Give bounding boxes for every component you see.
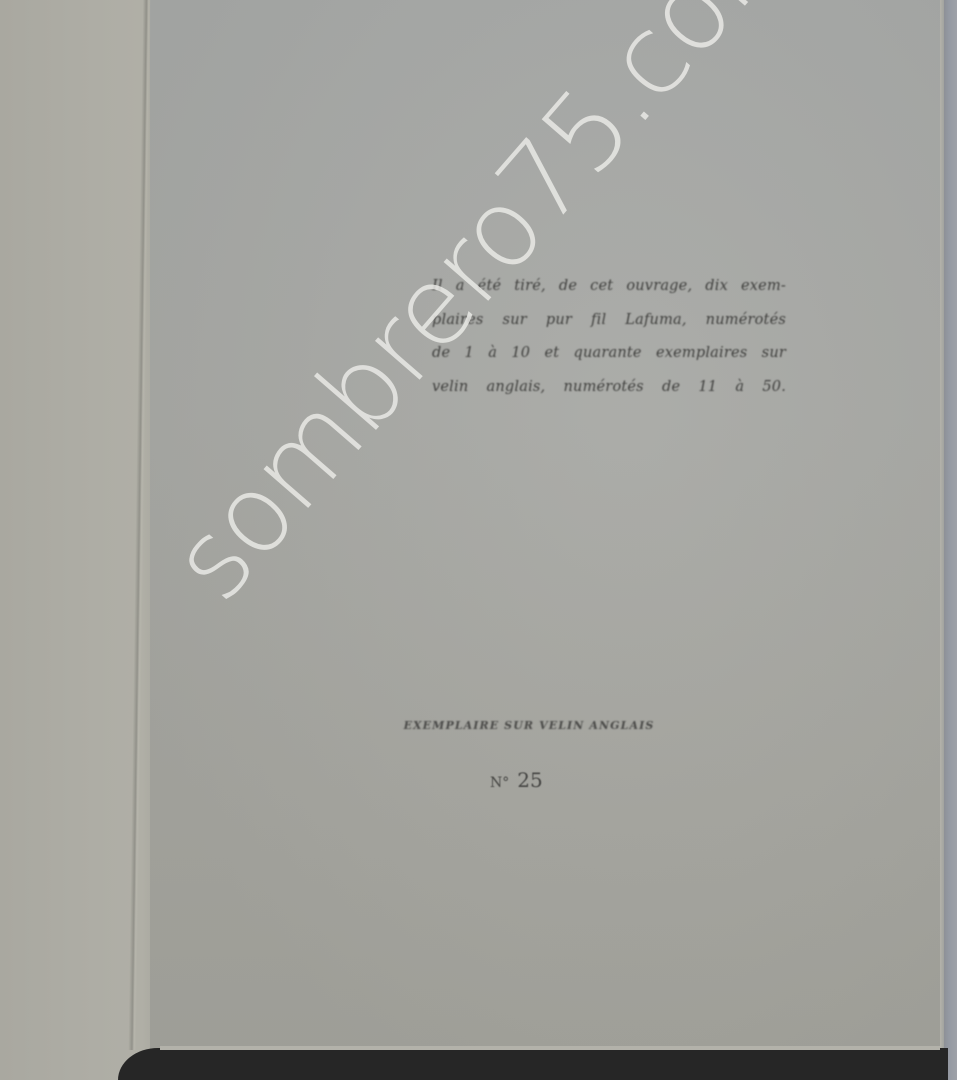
background-edge [944,0,957,1080]
book-photo: Il a été tiré, de cet ouvrage, dix exem-… [0,0,957,1080]
page-bottom-edge [160,1046,940,1050]
bottom-shadow [118,1048,948,1080]
edition-label: EXEMPLAIRE SUR VELIN ANGLAIS [372,719,686,732]
copy-number: 25 [517,768,542,792]
justification-line: velin anglais, numérotés de 11 à 50. [432,371,786,405]
edition-number: N°25 [490,768,580,792]
number-prefix: N° [490,775,509,791]
